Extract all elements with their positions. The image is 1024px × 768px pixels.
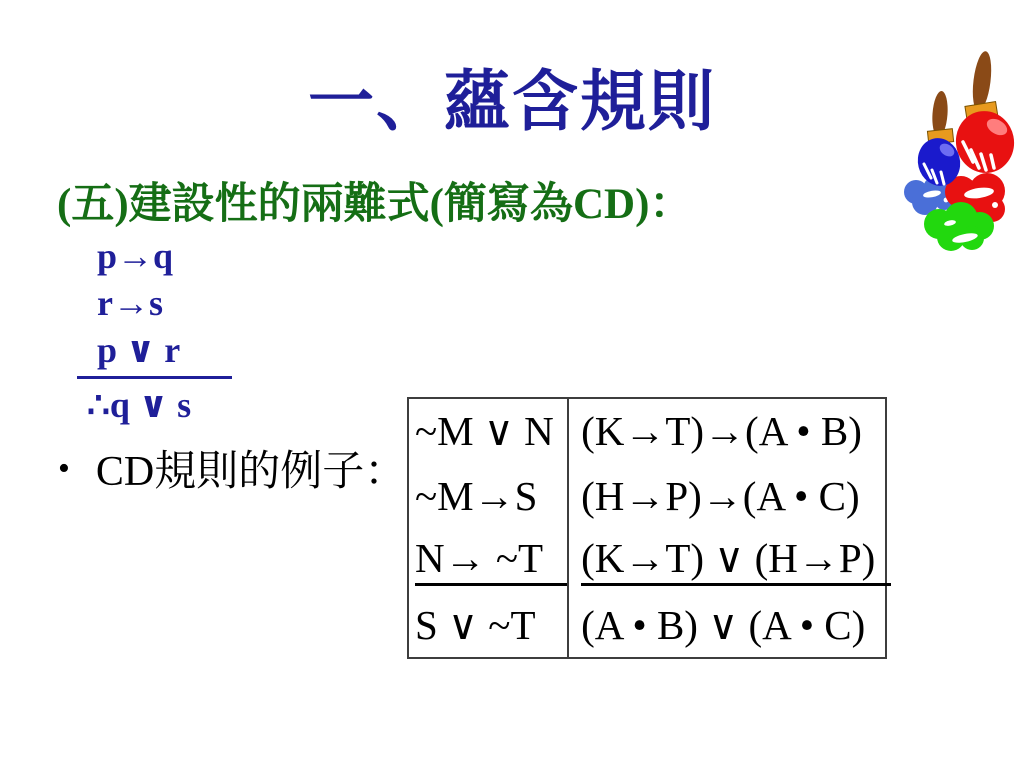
section-heading: (五)建設性的兩難式(簡寫為CD)：	[57, 170, 692, 231]
premise-1: p→q	[77, 233, 232, 280]
slide: 一、蘊含規則	[0, 0, 1024, 768]
table-cell: ~M ∨ N	[415, 399, 567, 464]
premise-3: p ∨ r	[77, 327, 232, 374]
table-cell: S ∨ ~T	[415, 593, 567, 658]
conclusion: ∴q ∨ s	[77, 382, 232, 429]
table-cell: ~M→S	[415, 464, 567, 529]
inference-line	[77, 376, 232, 379]
red-brush	[950, 50, 1020, 178]
cd-rule-schema: p→q r→s p ∨ r ∴q ∨ s	[77, 233, 232, 429]
table-cell: (H→P)→(A • C)	[581, 464, 891, 529]
table-cell: (A • B) ∨ (A • C)	[581, 593, 891, 658]
bullet-item: •CD規則的例子：	[58, 438, 406, 498]
bullet-text: CD規則的例子：	[96, 449, 406, 495]
table-cell: (K→T)→(A • B)	[581, 399, 891, 464]
slide-title: 一、蘊含規則	[0, 48, 1024, 143]
examples-table: ~M ∨ N ~M→S N→ ~T S ∨ ~T (K→T)→(A • B) (…	[407, 397, 887, 659]
table-cell: (K→T) ∨ (H→P)	[581, 528, 891, 593]
paint-brushes-clipart	[891, 42, 1023, 254]
table-left-column: ~M ∨ N ~M→S N→ ~T S ∨ ~T	[409, 399, 569, 657]
table-cell: N→ ~T	[415, 528, 567, 593]
bullet-icon: •	[58, 450, 70, 487]
underlined-premise: (K→T) ∨ (H→P)	[581, 534, 891, 586]
paint-brushes-icon	[891, 42, 1023, 254]
underlined-premise: N→ ~T	[415, 534, 567, 586]
table-right-column: (K→T)→(A • B) (H→P)→(A • C) (K→T) ∨ (H→P…	[569, 399, 891, 657]
premise-2: r→s	[77, 280, 232, 327]
